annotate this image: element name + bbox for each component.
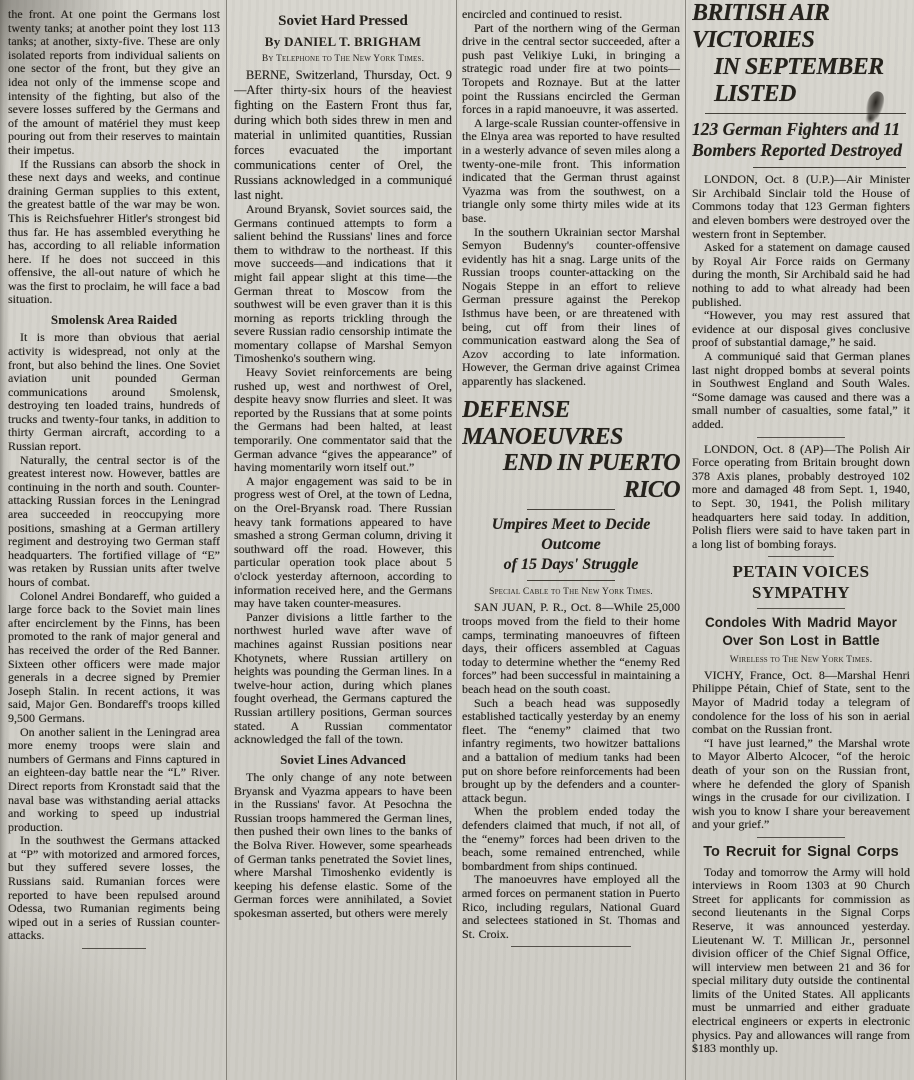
credit-line: Special Cable to The New York Times.	[462, 586, 680, 598]
article-paragraph: In the southwest the Germans attacked at…	[8, 834, 220, 943]
credit-line: Wireless to The New York Times.	[692, 654, 910, 666]
article-paragraph: On another salient in the Leningrad area…	[8, 726, 220, 835]
column-rule	[456, 0, 457, 1080]
deck-line: of 15 Days' Struggle	[504, 556, 639, 573]
article-paragraph: A major engagement was said to be in pro…	[234, 475, 452, 611]
deck-condoles-with-madrid-mayor: Condoles With Madrid Mayor Over Son Lost…	[692, 614, 910, 650]
column-2: Soviet Hard Pressed By DANIEL T. BRIGHAM…	[234, 0, 452, 1080]
end-of-article-rule	[82, 948, 146, 949]
end-of-article-rule	[757, 837, 844, 838]
deck-line: Umpires Meet to Decide Outcome	[492, 516, 651, 553]
deck-umpires: Umpires Meet to Decide Outcome of 15 Day…	[462, 515, 680, 575]
byline: By DANIEL T. BRIGHAM	[234, 34, 452, 50]
headline-soviet-hard-pressed: Soviet Hard Pressed	[234, 12, 452, 30]
article-paragraph: LONDON, Oct. 8 (U.P.)—Air Minister Sir A…	[692, 173, 910, 241]
column-rule	[685, 0, 686, 1080]
article-paragraph: It is more than obvious that aerial acti…	[8, 331, 220, 453]
column-4: BRITISH AIR VICTORIES IN SEPTEMBER LISTE…	[692, 0, 910, 1080]
headline-line: END IN PUERTO RICO	[462, 450, 680, 504]
deck-123-german-fighters: 123 German Fighters and 11 Bombers Repor…	[692, 119, 910, 163]
end-of-article-rule	[511, 946, 631, 947]
deck-rule	[527, 580, 614, 581]
article-paragraph: the front. At one point the Germans lost…	[8, 8, 220, 158]
article-paragraph: Naturally, the central sector is of the …	[8, 454, 220, 590]
headline-line: DEFENSE MANOEUVRES	[462, 397, 623, 450]
article-paragraph: The only change of any note between Brya…	[234, 771, 452, 921]
article-paragraph: Such a beach head was supposedly establi…	[462, 697, 680, 806]
article-paragraph: When the problem ended today the defende…	[462, 805, 680, 873]
article-paragraph: VICHY, France, Oct. 8—Marshal Henri Phil…	[692, 669, 910, 737]
article-paragraph: “I have just learned,” the Marshal wrote…	[692, 737, 910, 832]
article-paragraph: Colonel Andrei Bondareff, who guided a l…	[8, 590, 220, 726]
headline-petain-voices-sympathy: PETAIN VOICES SYMPATHY	[692, 562, 910, 603]
deck-line: Bombers Reported Destroyed	[692, 140, 902, 160]
deck-line: Over Son Lost in Battle	[722, 633, 879, 648]
article-paragraph: In the southern Ukrainian sector Marshal…	[462, 226, 680, 389]
article-paragraph: encircled and continued to resist.	[462, 8, 680, 22]
column-3: encircled and continued to resist. Part …	[462, 0, 680, 1080]
headline-to-recruit-for-signal-corps: To Recruit for Signal Corps	[692, 843, 910, 863]
article-paragraph: If the Russians can absorb the shock in …	[8, 158, 220, 308]
article-paragraph: SAN JUAN, P. R., Oct. 8—While 25,000 tro…	[462, 601, 680, 696]
article-paragraph: Heavy Soviet reinforcements are being ru…	[234, 366, 452, 475]
subhead-smolensk-area-raided: Smolensk Area Raided	[8, 312, 220, 328]
article-paragraph: LONDON, Oct. 8 (AP)—The Polish Air Force…	[692, 443, 910, 552]
subhead-soviet-lines-advanced: Soviet Lines Advanced	[234, 752, 452, 768]
headline-line: BRITISH AIR VICTORIES	[692, 0, 829, 53]
article-paragraph: Asked for a statement on damage caused b…	[692, 241, 910, 309]
credit-line: By Telephone to The New York Times.	[234, 53, 452, 65]
column-1: the front. At one point the Germans lost…	[8, 0, 220, 1080]
article-paragraph: Around Bryansk, Soviet sources said, the…	[234, 203, 452, 366]
headline-rule	[757, 608, 844, 609]
article-paragraph: Part of the northern wing of the German …	[462, 22, 680, 117]
article-paragraph: BERNE, Switzerland, Thursday, Oct. 9—Aft…	[234, 68, 452, 203]
deck-line: Condoles With Madrid Mayor	[705, 615, 897, 630]
article-paragraph: A communiqué said that German planes las…	[692, 350, 910, 432]
column-rule	[226, 0, 227, 1080]
article-paragraph: The manoeuvres have employed all the arm…	[462, 873, 680, 941]
headline-defense-manoeuvres: DEFENSE MANOEUVRES END IN PUERTO RICO	[462, 397, 680, 505]
article-paragraph: Today and tomorrow the Army will hold in…	[692, 866, 910, 1056]
headline-rule	[527, 509, 614, 510]
newspaper-page: the front. At one point the Germans lost…	[0, 0, 914, 1080]
article-paragraph: A large-scale Russian counter-offensive …	[462, 117, 680, 226]
section-rule	[757, 437, 844, 438]
article-paragraph: “However, you may rest assured that evid…	[692, 309, 910, 350]
article-paragraph: Panzer divisions a little farther to the…	[234, 611, 452, 747]
end-of-article-rule	[768, 556, 833, 557]
deck-rule	[753, 167, 906, 168]
